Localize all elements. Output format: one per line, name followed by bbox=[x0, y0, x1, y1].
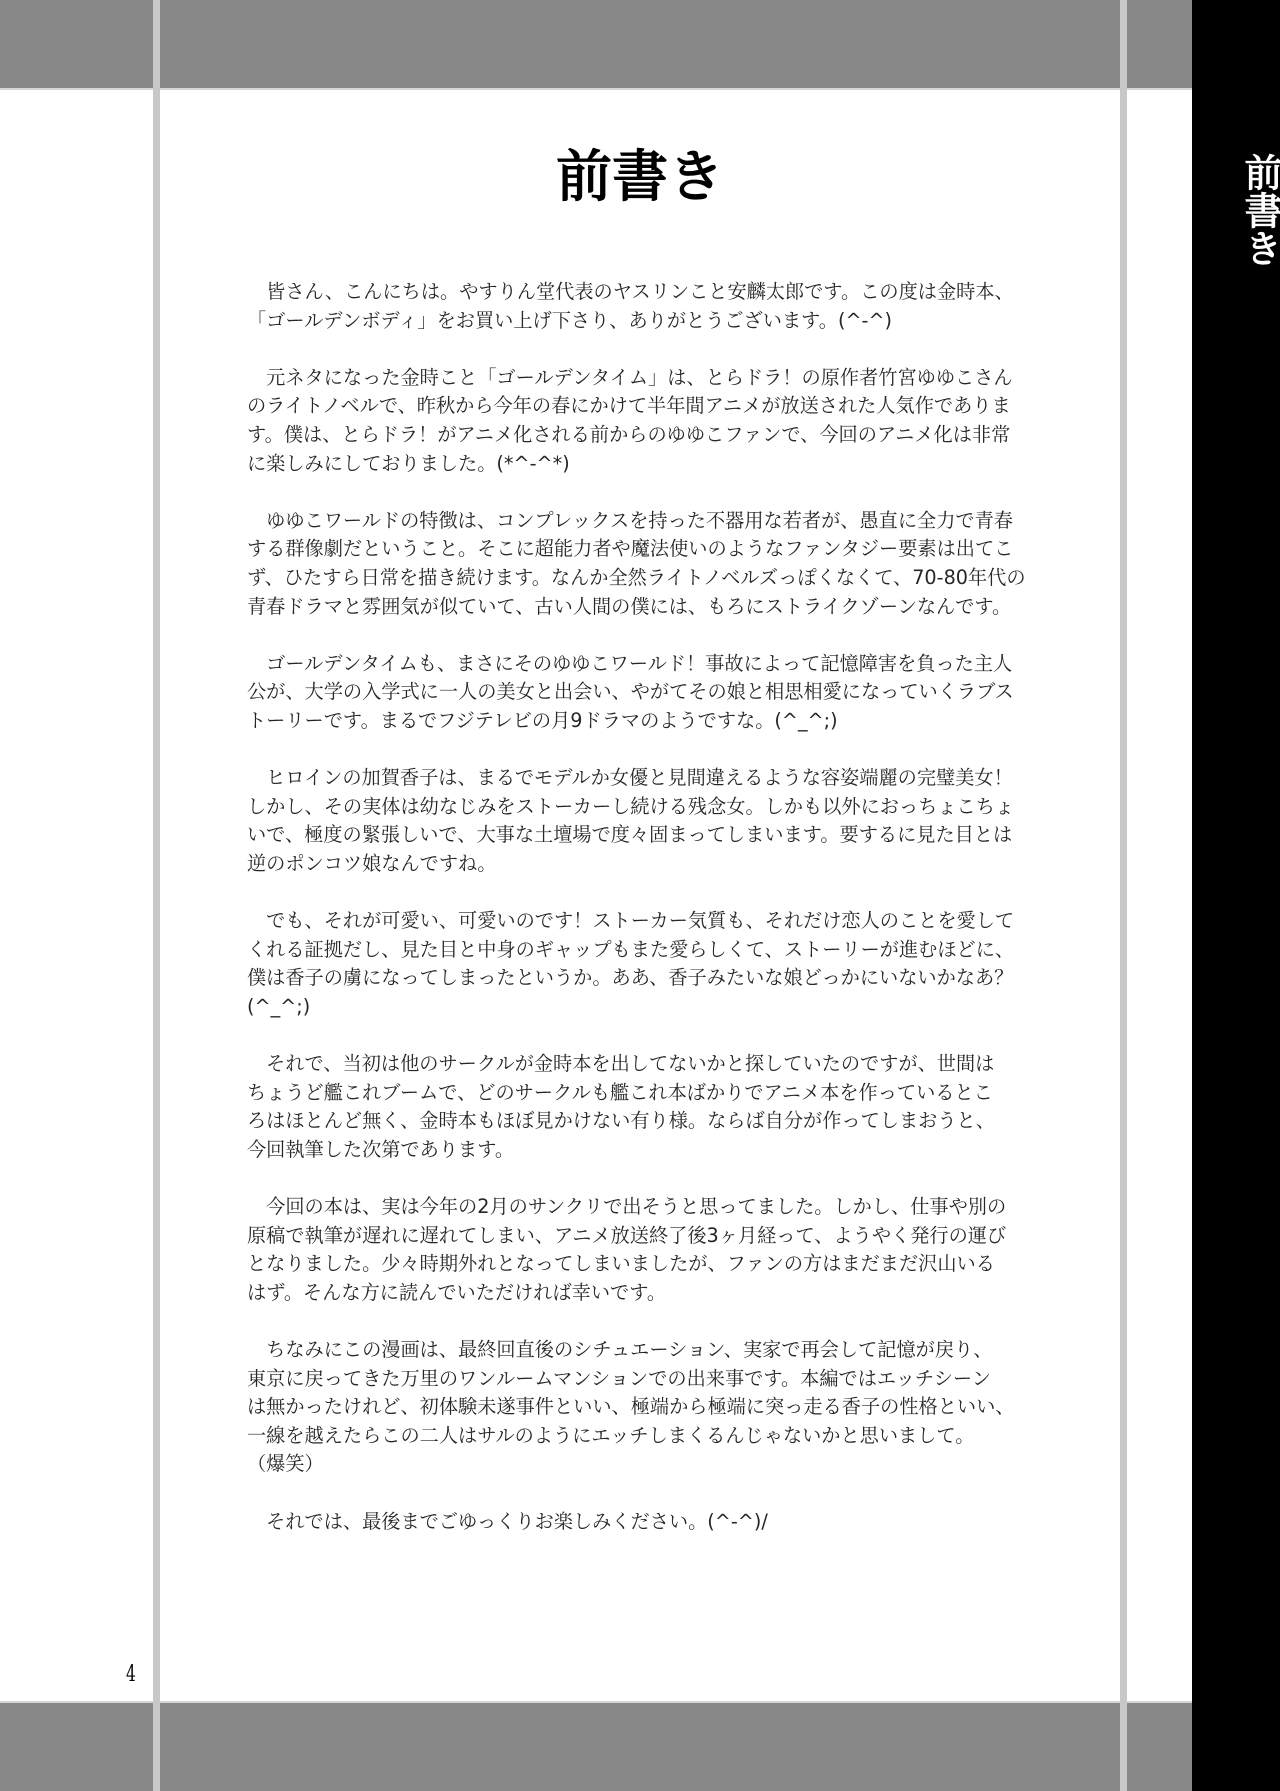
page-title: 前書き bbox=[160, 140, 1120, 216]
paragraph: でも、それが可愛い、可愛いのです！ストーカー気質も、それだけ恋人のことを愛して … bbox=[247, 907, 1037, 1021]
sidebar-section-title: 前書き bbox=[1192, 145, 1280, 275]
paragraph: それでは、最後までごゆっくりお楽しみください。(^-^)/ bbox=[247, 1508, 1037, 1537]
foreword-body: 皆さん、こんにちは。やすりん堂代表のヤスリンこと安麟太郎です。この度は金時本、 … bbox=[247, 278, 1037, 1565]
sidebar-title-text: 前書き bbox=[1192, 153, 1280, 267]
bottom-gray-band bbox=[0, 1701, 1192, 1791]
section-sidebar: 前書き bbox=[1192, 0, 1280, 1791]
paragraph: 皆さん、こんにちは。やすりん堂代表のヤスリンこと安麟太郎です。この度は金時本、 … bbox=[247, 278, 1037, 335]
right-margin-rule bbox=[1120, 0, 1127, 1791]
paragraph: 今回の本は、実は今年の2月のサンクリで出そうと思ってました。しかし、仕事や別の … bbox=[247, 1193, 1037, 1307]
paragraph: ちなみにこの漫画は、最終回直後のシチュエーション、実家で再会して記憶が戻り、 東… bbox=[247, 1336, 1037, 1479]
paragraph: ゆゆこワールドの特徴は、コンプレックスを持った不器用な若者が、愚直に全力で青春 … bbox=[247, 507, 1037, 621]
paragraph: 元ネタになった金時こと「ゴールデンタイム」は、とらドラ！の原作者竹宮ゆゆこさん … bbox=[247, 364, 1037, 478]
paragraph: それで、当初は他のサークルが金時本を出してないかと探していたのですが、世間は ち… bbox=[247, 1050, 1037, 1164]
left-margin-rule bbox=[153, 0, 160, 1791]
top-gray-band bbox=[0, 0, 1192, 90]
page-number: 4 bbox=[126, 1662, 136, 1687]
paragraph: ゴールデンタイムも、まさにそのゆゆこワールド！事故によって記憶障害を負った主人 … bbox=[247, 650, 1037, 736]
paragraph: ヒロインの加賀香子は、まるでモデルか女優と見間違えるような容姿端麗の完璧美女！ … bbox=[247, 764, 1037, 878]
